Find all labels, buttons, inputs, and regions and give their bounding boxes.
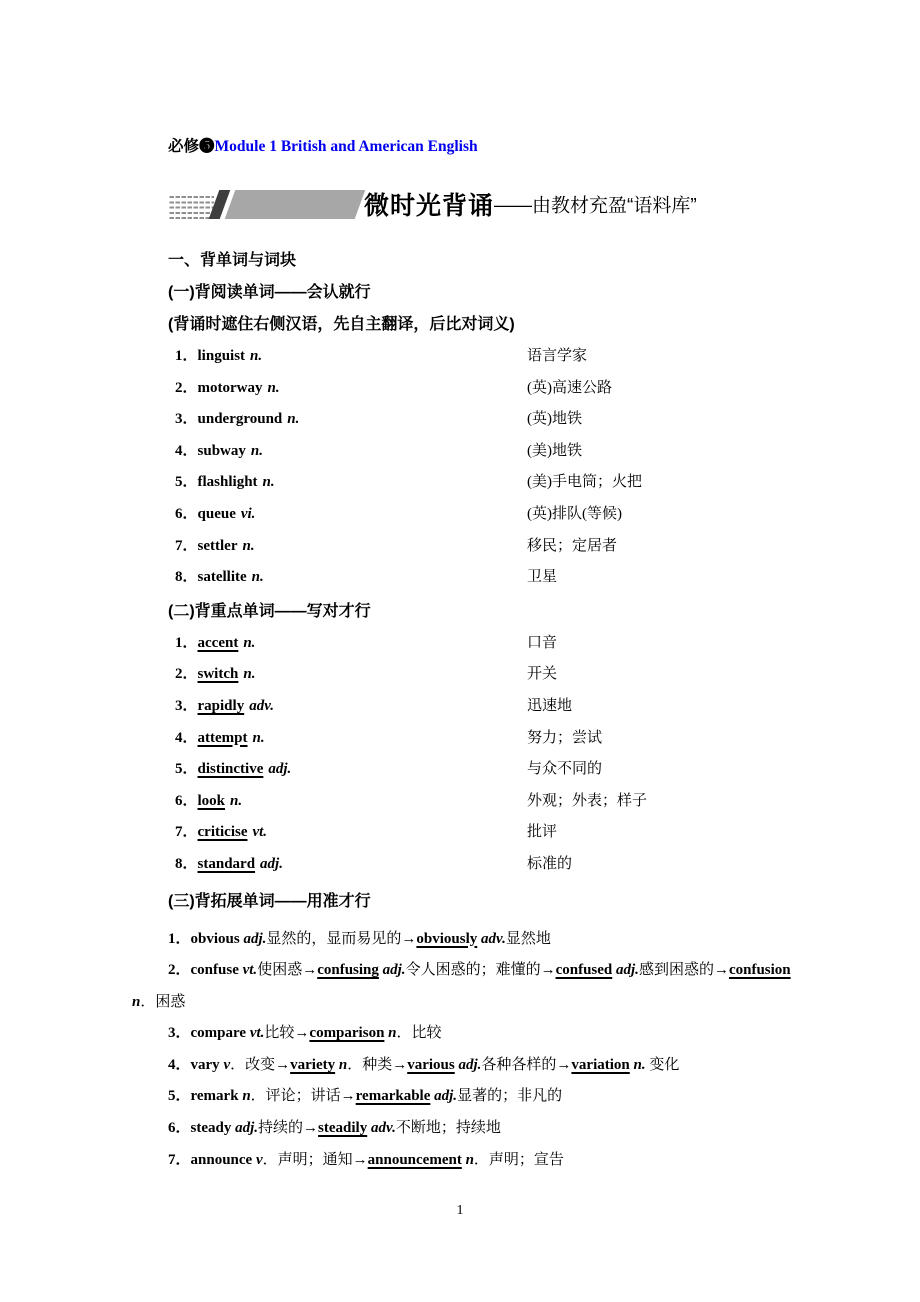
expansion-item-body: vary v．改变→variety n．种类→various adj.各种各样的…: [191, 1057, 680, 1073]
item-number: 5．: [168, 1088, 191, 1104]
english-word: underground: [198, 411, 283, 427]
chinese-meaning: 口音: [527, 628, 557, 660]
chinese-meaning: (美)手电筒；火把: [527, 467, 642, 499]
expansion-item: 4．vary v．改变→variety n．种类→various adj.各种各…: [132, 1050, 800, 1082]
expansion-item: 1．obvious adj.显然的，显而易见的→obviously adv.显然…: [132, 924, 800, 956]
chinese-meaning: 努力；尝试: [527, 723, 602, 755]
expansion-word-list: 1．obvious adj.显然的，显而易见的→obviously adv.显然…: [132, 924, 800, 1177]
part-of-speech: n.: [230, 793, 242, 809]
part-of-speech: vi.: [241, 506, 256, 522]
item-number: 7．: [175, 824, 198, 840]
banner-bar: [225, 190, 366, 219]
halftone-dots-pattern: [168, 193, 214, 219]
part-of-speech: n.: [243, 635, 255, 651]
item-number: 7．: [175, 538, 198, 554]
segment-w: announce: [191, 1152, 253, 1168]
segment-p: v: [220, 1057, 230, 1073]
item-number: 6．: [175, 506, 198, 522]
part-of-speech: n.: [251, 443, 263, 459]
segment-a: →: [303, 1120, 318, 1136]
segment-w: obvious: [191, 931, 240, 947]
segment-c: 使困惑: [257, 962, 302, 978]
segment-c: ．种类: [347, 1057, 392, 1073]
segment-p: adj.: [455, 1057, 482, 1073]
chinese-meaning: 语言学家: [527, 341, 587, 373]
segment-wu: announcement: [368, 1152, 462, 1168]
segment-c: 比较: [264, 1025, 294, 1041]
item-number: 4．: [175, 443, 198, 459]
segment-a: →: [341, 1088, 356, 1104]
part-of-speech: n.: [252, 569, 264, 585]
english-word: switch: [198, 666, 239, 682]
chinese-meaning: 与众不同的: [527, 754, 602, 786]
english-word: subway: [198, 443, 246, 459]
expansion-item: 2．confuse vt.使困惑→confusing adj.令人困惑的；难懂的…: [132, 955, 800, 1018]
document-content: 一、背单词与词块 (一)背阅读单词——会认就行 (背诵时遮住右侧汉语，先自主翻译…: [132, 245, 800, 1176]
segment-p: adv.: [367, 1120, 396, 1136]
segment-p: n: [384, 1025, 396, 1041]
segment-c: 显然地: [506, 931, 551, 947]
expansion-item-body: steady adj.持续的→steadily adv.不断地；持续地: [191, 1120, 501, 1136]
english-word: satellite: [198, 569, 247, 585]
segment-wu: confusing: [317, 962, 379, 978]
chinese-meaning: 卫星: [527, 562, 557, 594]
expansion-item: 3．compare vt.比较→comparison n．比较: [132, 1018, 800, 1050]
segment-w: remark: [191, 1088, 239, 1104]
segment-p: n: [462, 1152, 474, 1168]
expansion-item-body: obvious adj.显然的，显而易见的→obviously adv.显然地: [191, 931, 551, 947]
item-number: 2．: [168, 962, 191, 978]
segment-wu: confusion: [729, 962, 791, 978]
key-word-list: 1．accentn. 口音 2．switchn. 开关 3．rapidlyadv…: [132, 628, 800, 881]
segment-c: 显然的，显而易见的: [266, 931, 401, 947]
chinese-meaning: 迅速地: [527, 691, 572, 723]
segment-wu: confused: [556, 962, 613, 978]
vocab-row: 8．standardadj. 标准的: [132, 849, 800, 881]
item-number: 1．: [175, 635, 198, 651]
segment-c: 显著的；非凡的: [457, 1088, 562, 1104]
chinese-meaning: (英)高速公路: [527, 373, 612, 405]
page-number: 1: [0, 1203, 920, 1219]
vocab-row: 6．queuevi. (英)排队(等候): [132, 499, 800, 531]
segment-wu: variety: [290, 1057, 335, 1073]
key-words-section-heading: (二)背重点单词——写对才行: [132, 596, 800, 628]
segment-p: v: [252, 1152, 262, 1168]
segment-c: 持续的: [258, 1120, 303, 1136]
chinese-meaning: (美)地铁: [527, 436, 582, 468]
segment-wu: various: [407, 1057, 455, 1073]
segment-p: vt.: [239, 962, 257, 978]
segment-p: adj.: [379, 962, 406, 978]
part-of-speech: n.: [253, 730, 265, 746]
segment-wu: comparison: [309, 1025, 384, 1041]
segment-c: 各种各样的: [481, 1057, 556, 1073]
english-word: attempt: [198, 730, 248, 746]
part-of-speech: adj.: [268, 761, 291, 777]
segment-p: adj.: [612, 962, 639, 978]
chinese-meaning: 标准的: [527, 849, 572, 881]
banner-text: 微时光背诵——由教材充盈“语料库”: [364, 186, 697, 222]
part-of-speech: n.: [263, 474, 275, 490]
item-number: 8．: [175, 856, 198, 872]
segment-c: ．比较: [397, 1025, 442, 1041]
item-number: 1．: [175, 348, 198, 364]
segment-p: n.: [630, 1057, 646, 1073]
vocab-row: 3．undergroundn. (英)地铁: [132, 404, 800, 436]
banner-title: 微时光背诵: [364, 192, 494, 220]
segment-c: 感到困惑的: [639, 962, 714, 978]
vocab-row: 4．subwayn. (美)地铁: [132, 436, 800, 468]
segment-a: →: [401, 931, 416, 947]
segment-w: confuse: [191, 962, 239, 978]
chinese-meaning: 外观；外表；样子: [527, 786, 647, 818]
expansion-item: 5．remark n．评论；讲话→remarkable adj.显著的；非凡的: [132, 1081, 800, 1113]
english-word: distinctive: [198, 761, 264, 777]
segment-p: adj.: [240, 931, 267, 947]
segment-a: →: [302, 962, 317, 978]
english-word: linguist: [198, 348, 246, 364]
banner-subtitle: ——由教材充盈“语料库”: [494, 196, 697, 217]
vocab-row: 7．criticisevt. 批评: [132, 817, 800, 849]
vocab-row: 6．lookn. 外观；外表；样子: [132, 786, 800, 818]
item-number: 1．: [168, 931, 191, 947]
main-heading: 一、背单词与词块: [132, 245, 800, 277]
item-number: 3．: [168, 1025, 191, 1041]
part-of-speech: adj.: [260, 856, 283, 872]
section-banner: 微时光背诵——由教材充盈“语料库”: [168, 186, 808, 222]
segment-a: →: [541, 962, 556, 978]
course-label: 必修❺: [168, 138, 215, 155]
chinese-meaning: 开关: [527, 659, 557, 691]
page-title: 必修❺Module 1 British and American English: [168, 134, 478, 156]
vocab-row: 8．satelliten. 卫星: [132, 562, 800, 594]
expansion-section-heading: (三)背拓展单词——用准才行: [132, 886, 800, 918]
segment-a: →: [392, 1057, 407, 1073]
segment-p: n: [335, 1057, 347, 1073]
segment-p: adj.: [430, 1088, 457, 1104]
vocab-row: 5．flashlightn. (美)手电筒；火把: [132, 467, 800, 499]
reading-word-list: 1．linguistn. 语言学家 2．motorwayn. (英)高速公路 3…: [132, 341, 800, 594]
item-number: 6．: [175, 793, 198, 809]
segment-c: 变化: [646, 1057, 680, 1073]
segment-c: 令人困惑的；难懂的: [406, 962, 541, 978]
segment-a: →: [353, 1152, 368, 1168]
segment-c: ．评论；讲话: [251, 1088, 341, 1104]
item-number: 3．: [175, 411, 198, 427]
segment-a: →: [714, 962, 729, 978]
segment-w: compare: [191, 1025, 247, 1041]
vocab-row: 2．motorwayn. (英)高速公路: [132, 373, 800, 405]
segment-p: vt.: [246, 1025, 264, 1041]
item-number: 5．: [175, 761, 198, 777]
item-number: 2．: [175, 666, 198, 682]
module-title: Module 1 British and American English: [215, 138, 478, 155]
expansion-item-body: announce v．声明；通知→announcement n．声明；宣告: [191, 1152, 564, 1168]
english-word: motorway: [198, 380, 263, 396]
segment-wu: steadily: [318, 1120, 367, 1136]
english-word: accent: [198, 635, 239, 651]
vocab-row: 1．accentn. 口音: [132, 628, 800, 660]
chinese-meaning: 移民；定居者: [527, 531, 617, 563]
expansion-item: 6．steady adj.持续的→steadily adv.不断地；持续地: [132, 1113, 800, 1145]
item-number: 4．: [175, 730, 198, 746]
segment-a: →: [275, 1057, 290, 1073]
chinese-meaning: 批评: [527, 817, 557, 849]
chinese-meaning: (英)排队(等候): [527, 499, 622, 531]
reading-section-note: (背诵时遮住右侧汉语，先自主翻译，后比对词义): [132, 309, 800, 341]
segment-c: 不断地；持续地: [396, 1120, 501, 1136]
item-number: 7．: [168, 1152, 191, 1168]
expansion-item-body: confuse vt.使困惑→confusing adj.令人困惑的；难懂的→c…: [132, 962, 791, 1010]
reading-section-heading: (一)背阅读单词——会认就行: [132, 277, 800, 309]
item-number: 6．: [168, 1120, 191, 1136]
item-number: 8．: [175, 569, 198, 585]
expansion-item-body: compare vt.比较→comparison n．比较: [191, 1025, 442, 1041]
expansion-item-body: remark n．评论；讲话→remarkable adj.显著的；非凡的: [191, 1088, 563, 1104]
segment-a: →: [294, 1025, 309, 1041]
english-word: standard: [198, 856, 256, 872]
part-of-speech: n.: [268, 380, 280, 396]
segment-wu: variation: [571, 1057, 629, 1073]
document-page: 必修❺Module 1 British and American English…: [0, 0, 920, 1302]
segment-c: ．改变: [230, 1057, 275, 1073]
segment-w: steady: [191, 1120, 232, 1136]
vocab-row: 4．attemptn. 努力；尝试: [132, 723, 800, 755]
segment-wu: remarkable: [356, 1088, 431, 1104]
segment-wu: obviously: [416, 931, 477, 947]
segment-a: →: [556, 1057, 571, 1073]
expansion-item: 7．announce v．声明；通知→announcement n．声明；宣告: [132, 1145, 800, 1177]
part-of-speech: n.: [243, 666, 255, 682]
segment-w: vary: [191, 1057, 220, 1073]
english-word: rapidly: [198, 698, 245, 714]
segment-c: ．声明；通知: [263, 1152, 353, 1168]
segment-p: adv.: [477, 931, 506, 947]
english-word: settler: [198, 538, 238, 554]
vocab-row: 2．switchn. 开关: [132, 659, 800, 691]
segment-p: n: [239, 1088, 251, 1104]
english-word: look: [198, 793, 226, 809]
vocab-row: 3．rapidlyadv. 迅速地: [132, 691, 800, 723]
segment-p: adj.: [231, 1120, 258, 1136]
segment-c: ．困惑: [140, 994, 185, 1010]
chinese-meaning: (英)地铁: [527, 404, 582, 436]
english-word: criticise: [198, 824, 248, 840]
part-of-speech: n.: [250, 348, 262, 364]
item-number: 5．: [175, 474, 198, 490]
vocab-row: 5．distinctiveadj. 与众不同的: [132, 754, 800, 786]
part-of-speech: n.: [287, 411, 299, 427]
vocab-row: 7．settlern. 移民；定居者: [132, 531, 800, 563]
item-number: 4．: [168, 1057, 191, 1073]
item-number: 3．: [175, 698, 198, 714]
part-of-speech: n.: [242, 538, 254, 554]
part-of-speech: vt.: [252, 824, 267, 840]
segment-c: ．声明；宣告: [474, 1152, 564, 1168]
english-word: queue: [198, 506, 236, 522]
item-number: 2．: [175, 380, 198, 396]
english-word: flashlight: [198, 474, 258, 490]
vocab-row: 1．linguistn. 语言学家: [132, 341, 800, 373]
part-of-speech: adv.: [249, 698, 274, 714]
